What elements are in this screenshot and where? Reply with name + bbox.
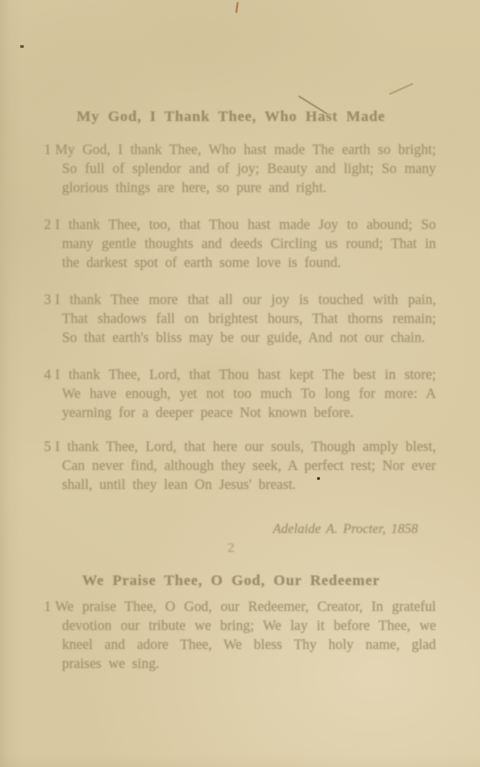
verse-number: 5	[44, 439, 51, 455]
book-page: My God, I Thank Thee, Who Hast Made 1My …	[0, 0, 480, 767]
hymn-title: We Praise Thee, O God, Our Redeemer	[44, 573, 418, 590]
verse-text: I thank Thee, Lord, that here our souls,…	[55, 439, 436, 493]
hymn-verse: 4I thank Thee, Lord, that Thou hast kept…	[44, 366, 436, 423]
hymn-verse: 1My God, I thank Thee, Who hast made The…	[44, 141, 436, 198]
paper-speck	[20, 45, 24, 48]
verse-text: We praise Thee, O God, our Redeemer, Cre…	[55, 599, 436, 672]
verse-text: I thank Thee, too, that Thou hast made J…	[55, 217, 436, 271]
verse-text: I thank Thee more that all our joy is to…	[55, 292, 436, 346]
verse-number: 1	[44, 599, 51, 615]
verse-number: 3	[44, 292, 51, 308]
verse-number: 4	[44, 367, 51, 383]
hymn-number: 2	[44, 541, 418, 557]
verse-text: I thank Thee, Lord, that Thou hast kept …	[55, 367, 436, 421]
hymn-attribution: Adelaide A. Procter, 1858	[44, 521, 420, 537]
hymn-verse: 2I thank Thee, too, that Thou hast made …	[44, 216, 436, 273]
hymn-verse: 5I thank Thee, Lord, that here our souls…	[44, 438, 436, 495]
hymn-verse: 1We praise Thee, O God, our Redeemer, Cr…	[44, 598, 436, 674]
hymn-verse: 3I thank Thee more that all our joy is t…	[44, 291, 436, 348]
verse-number: 2	[44, 217, 51, 233]
paper-fiber	[389, 83, 413, 95]
paper-fiber	[235, 2, 239, 13]
verse-number: 1	[44, 142, 51, 158]
verse-text: My God, I thank Thee, Who hast made The …	[55, 142, 436, 196]
hymn-title: My God, I Thank Thee, Who Hast Made	[44, 109, 418, 126]
